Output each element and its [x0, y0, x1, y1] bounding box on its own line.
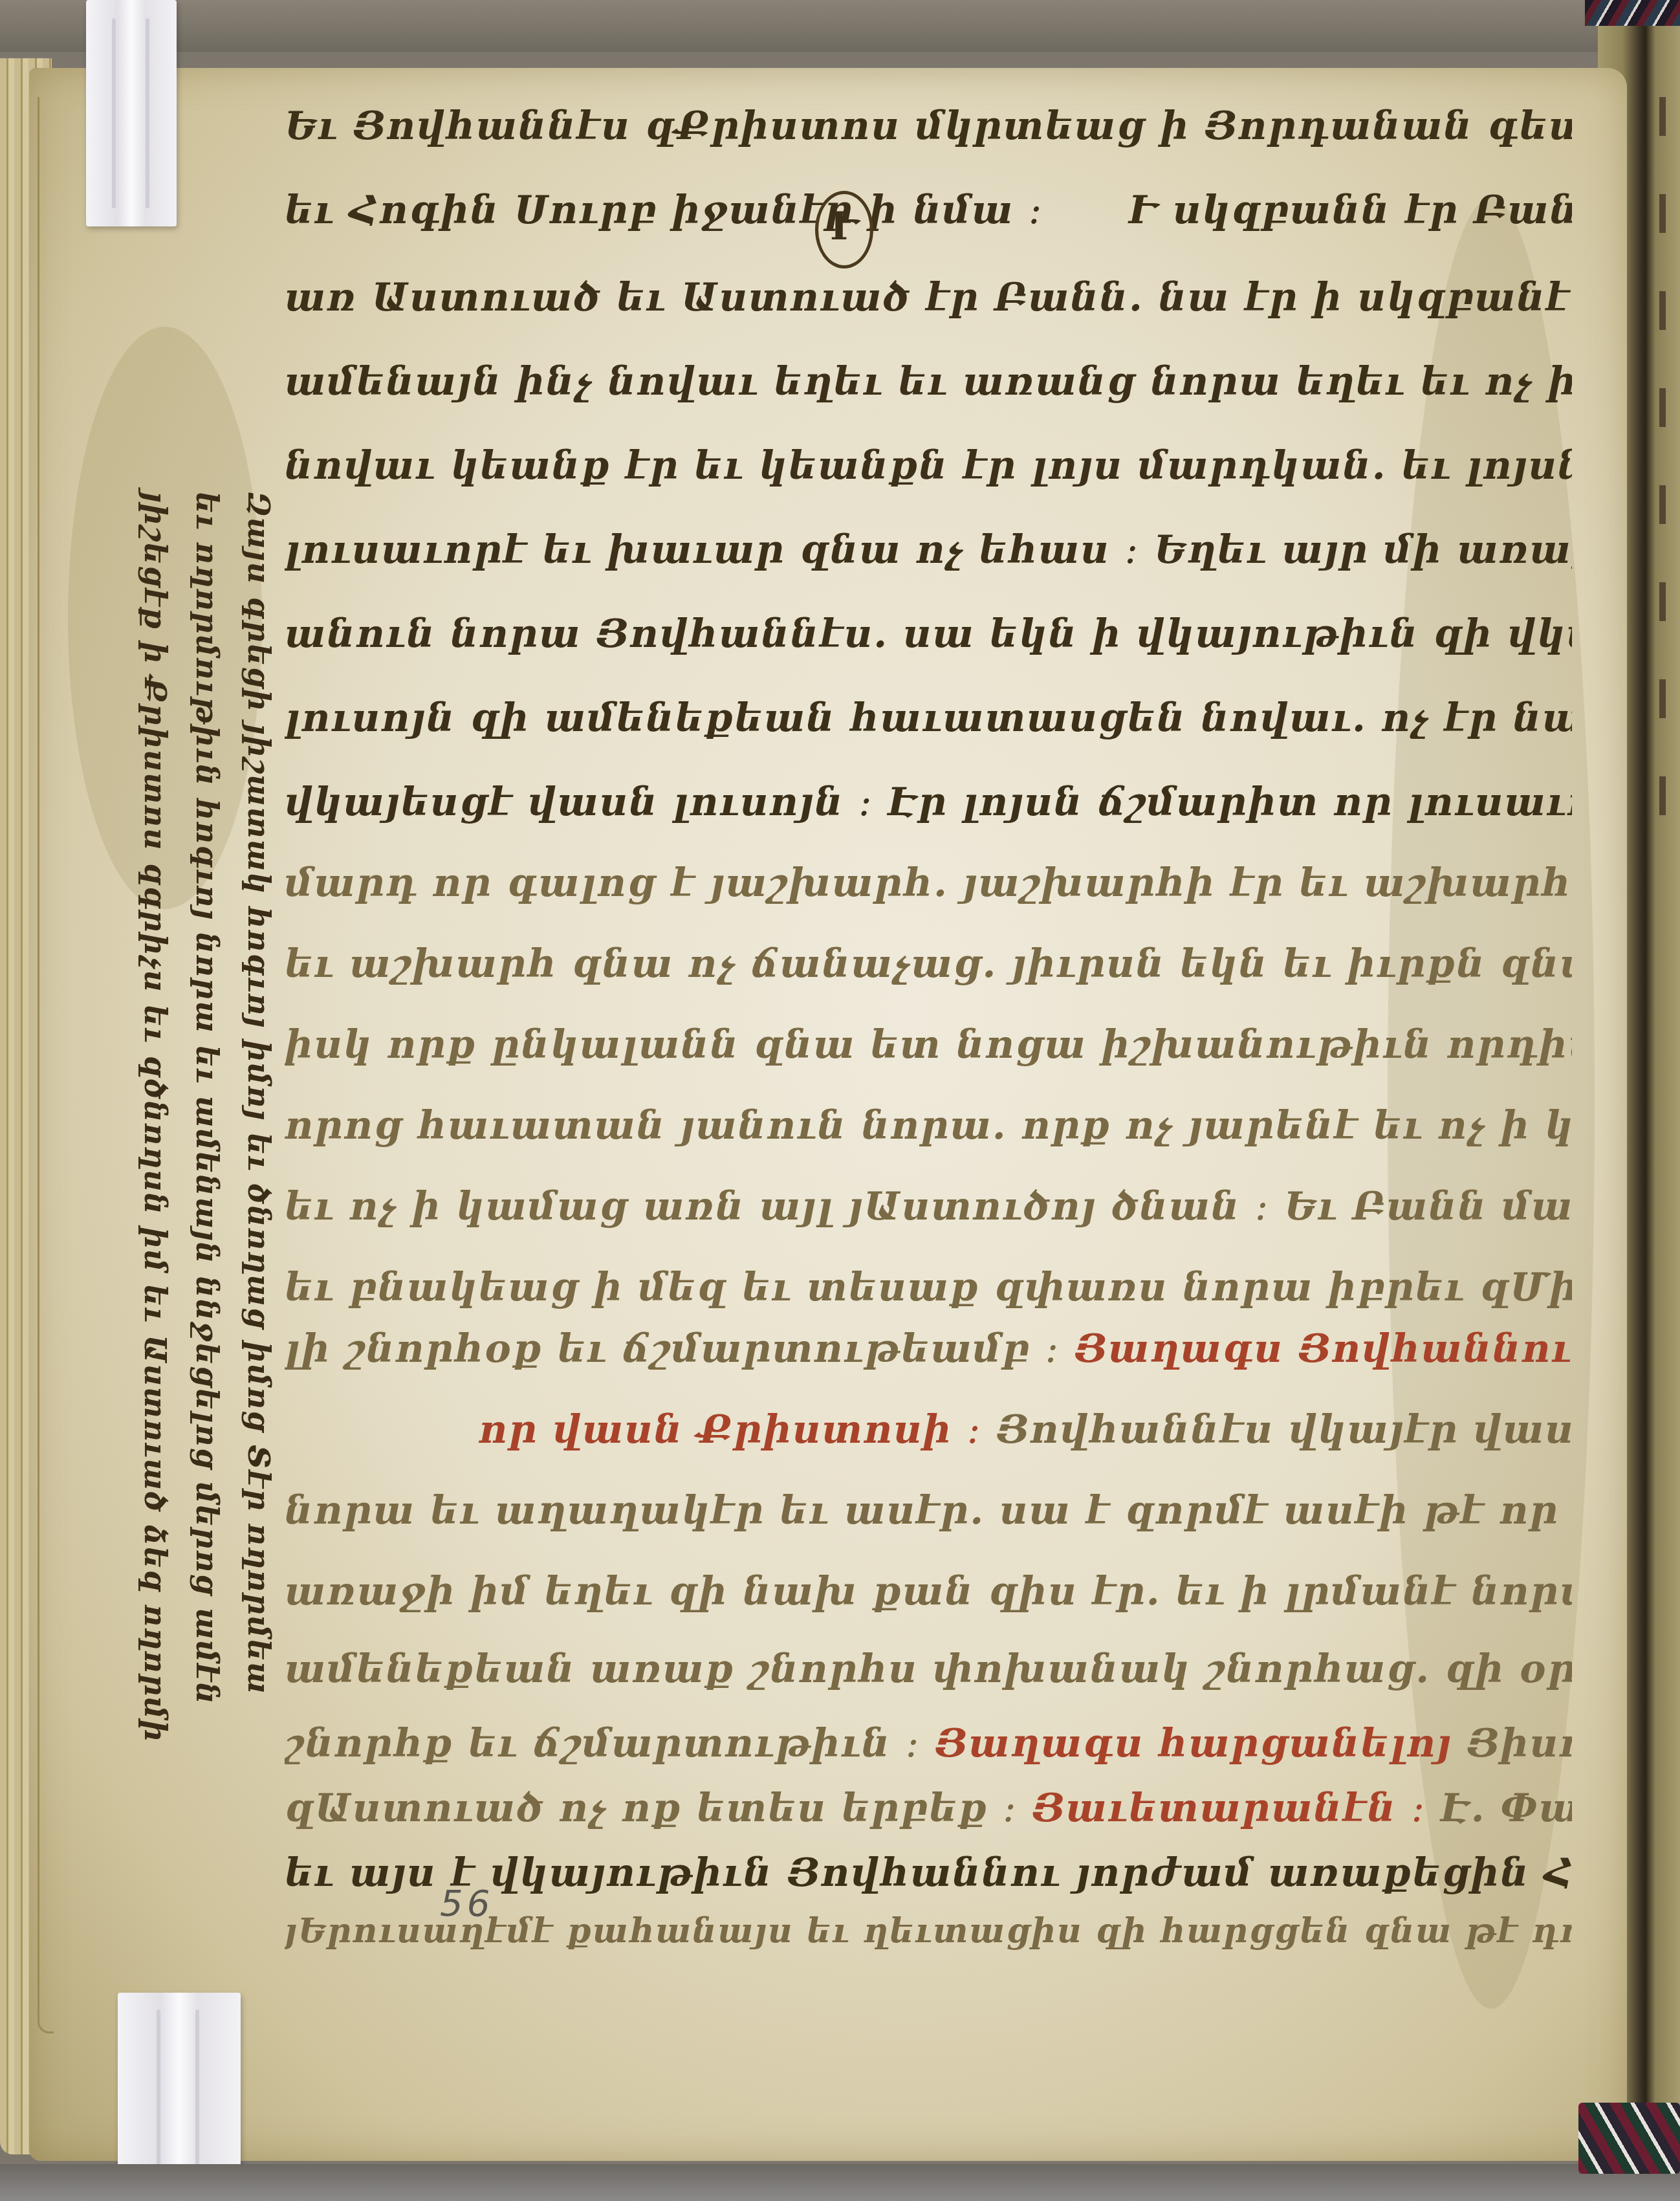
fabric-binding-top [1585, 0, 1680, 26]
text-line: առաջի իմ եղեւ զի նախ քան զիս էր. եւ ի լր… [285, 1562, 1572, 1621]
text-line: որոց հաւատան յանուն նորա. որք ոչ յարենէ … [285, 1097, 1572, 1155]
page-clip-top [86, 0, 177, 226]
text-line: եւ Հոգին Սուրբ իջանէր ի նմա ։ Ւ սկզբանն … [285, 181, 1572, 239]
rubric: որ վասն Քրիստոսի ։ [479, 1407, 981, 1452]
clip-groove [146, 18, 149, 208]
background-bottom [0, 2164, 1680, 2201]
background-top [0, 0, 1680, 52]
text-line: լուսաւորէ եւ խաւար զնա ոչ եհաս ։ Եղեւ այ… [285, 521, 1572, 579]
right-facing-page-text [1659, 97, 1666, 873]
clip-groove [112, 18, 116, 208]
text-line: եւ բնակեաց ի մեզ եւ տեսաք զփառս նորա իբր… [285, 1258, 1572, 1317]
text-line: իսկ որք ընկալանն զնա ետ նոցա իշխանութիւն… [285, 1016, 1572, 1074]
clip-groove [195, 2009, 199, 2184]
text-line: անուն նորա Յովհաննէս. սա եկն ի վկայութիւ… [285, 605, 1572, 663]
fabric-binding-bottom [1578, 2103, 1680, 2174]
text-line: եւ ոչ ի կամաց առն այլ յԱստուծոյ ծնան ։ Ե… [285, 1177, 1572, 1236]
decorated-initial: Ւ [815, 191, 873, 268]
text-line-with-rubric: լի շնորհօք եւ ճշմարտութեամբ ։ Յաղագս Յով… [285, 1320, 1572, 1378]
rubric: Յաղագս հարցանելոյ [935, 1721, 1452, 1766]
margin-note: Զայս գրեցի յիշատակ հոգւոյ իմոյ եւ ծնողաց… [116, 492, 285, 1915]
text-line: նորա եւ աղաղակէր եւ ասէր. սա է զորմէ ասէ… [285, 1482, 1572, 1540]
rubric: Յաղագս Յովհաննու Մկրտչին եւ վկայութեանն [1075, 1326, 1572, 1372]
text-line-with-rubric: շնորհք եւ ճշմարտութիւն ։ Յաղագս հարցանել… [285, 1714, 1572, 1773]
text-line: ամենեքեան առաք շնորհս փոխանակ շնորհաց. զ… [285, 1640, 1572, 1698]
rubric: Յաւետարանէն ։ [1032, 1786, 1426, 1831]
clip-groove [157, 2009, 160, 2184]
margin-note-line: յիշեցէք ի Քրիստոս զգրիչս եւ զծնողսն իմ ե… [129, 492, 181, 1915]
margin-note-line: Զայս գրեցի յիշատակ հոգւոյ իմոյ եւ ծնողաց… [233, 492, 285, 1915]
text-line: ամենայն ինչ նովաւ եղեւ եւ առանց նորա եղե… [285, 353, 1572, 411]
text-line: լուսոյն զի ամենեքեան հաւատասցեն նովաւ. ո… [285, 689, 1572, 747]
text-line: առ Աստուած եւ Աստուած էր Բանն. նա էր ի ս… [285, 268, 1572, 327]
margin-note-line: եւ ողորմութիւն հոգւոյ նորա եւ ամենայն նն… [181, 492, 233, 1915]
text-line: նովաւ կեանք էր եւ կեանքն էր լոյս մարդկան… [285, 437, 1572, 495]
folio-number: 56 [440, 1883, 494, 1925]
text-line: վկայեսցէ վասն լուսոյն ։ Էր լոյսն ճշմարիտ… [285, 773, 1572, 831]
text-line: եւ աշխարհ զնա ոչ ճանաչաց. յիւրսն եկն եւ … [285, 935, 1572, 993]
text-line: մարդ որ գալոց է յաշխարհ. յաշխարհի էր եւ … [285, 854, 1572, 912]
text-line: Եւ Յովհաննէս զՔրիստոս մկրտեաց ի Յորդանան… [285, 97, 1572, 155]
text-line-with-rubric: զԱստուած ոչ ոք ետես երբեք ։ Յաւետարանէն … [285, 1779, 1572, 1837]
text-line-with-rubric: որ վասն Քրիստոսի ։ Յովհաննէս վկայէր վասն [285, 1401, 1572, 1459]
page-border-line [38, 97, 54, 2033]
